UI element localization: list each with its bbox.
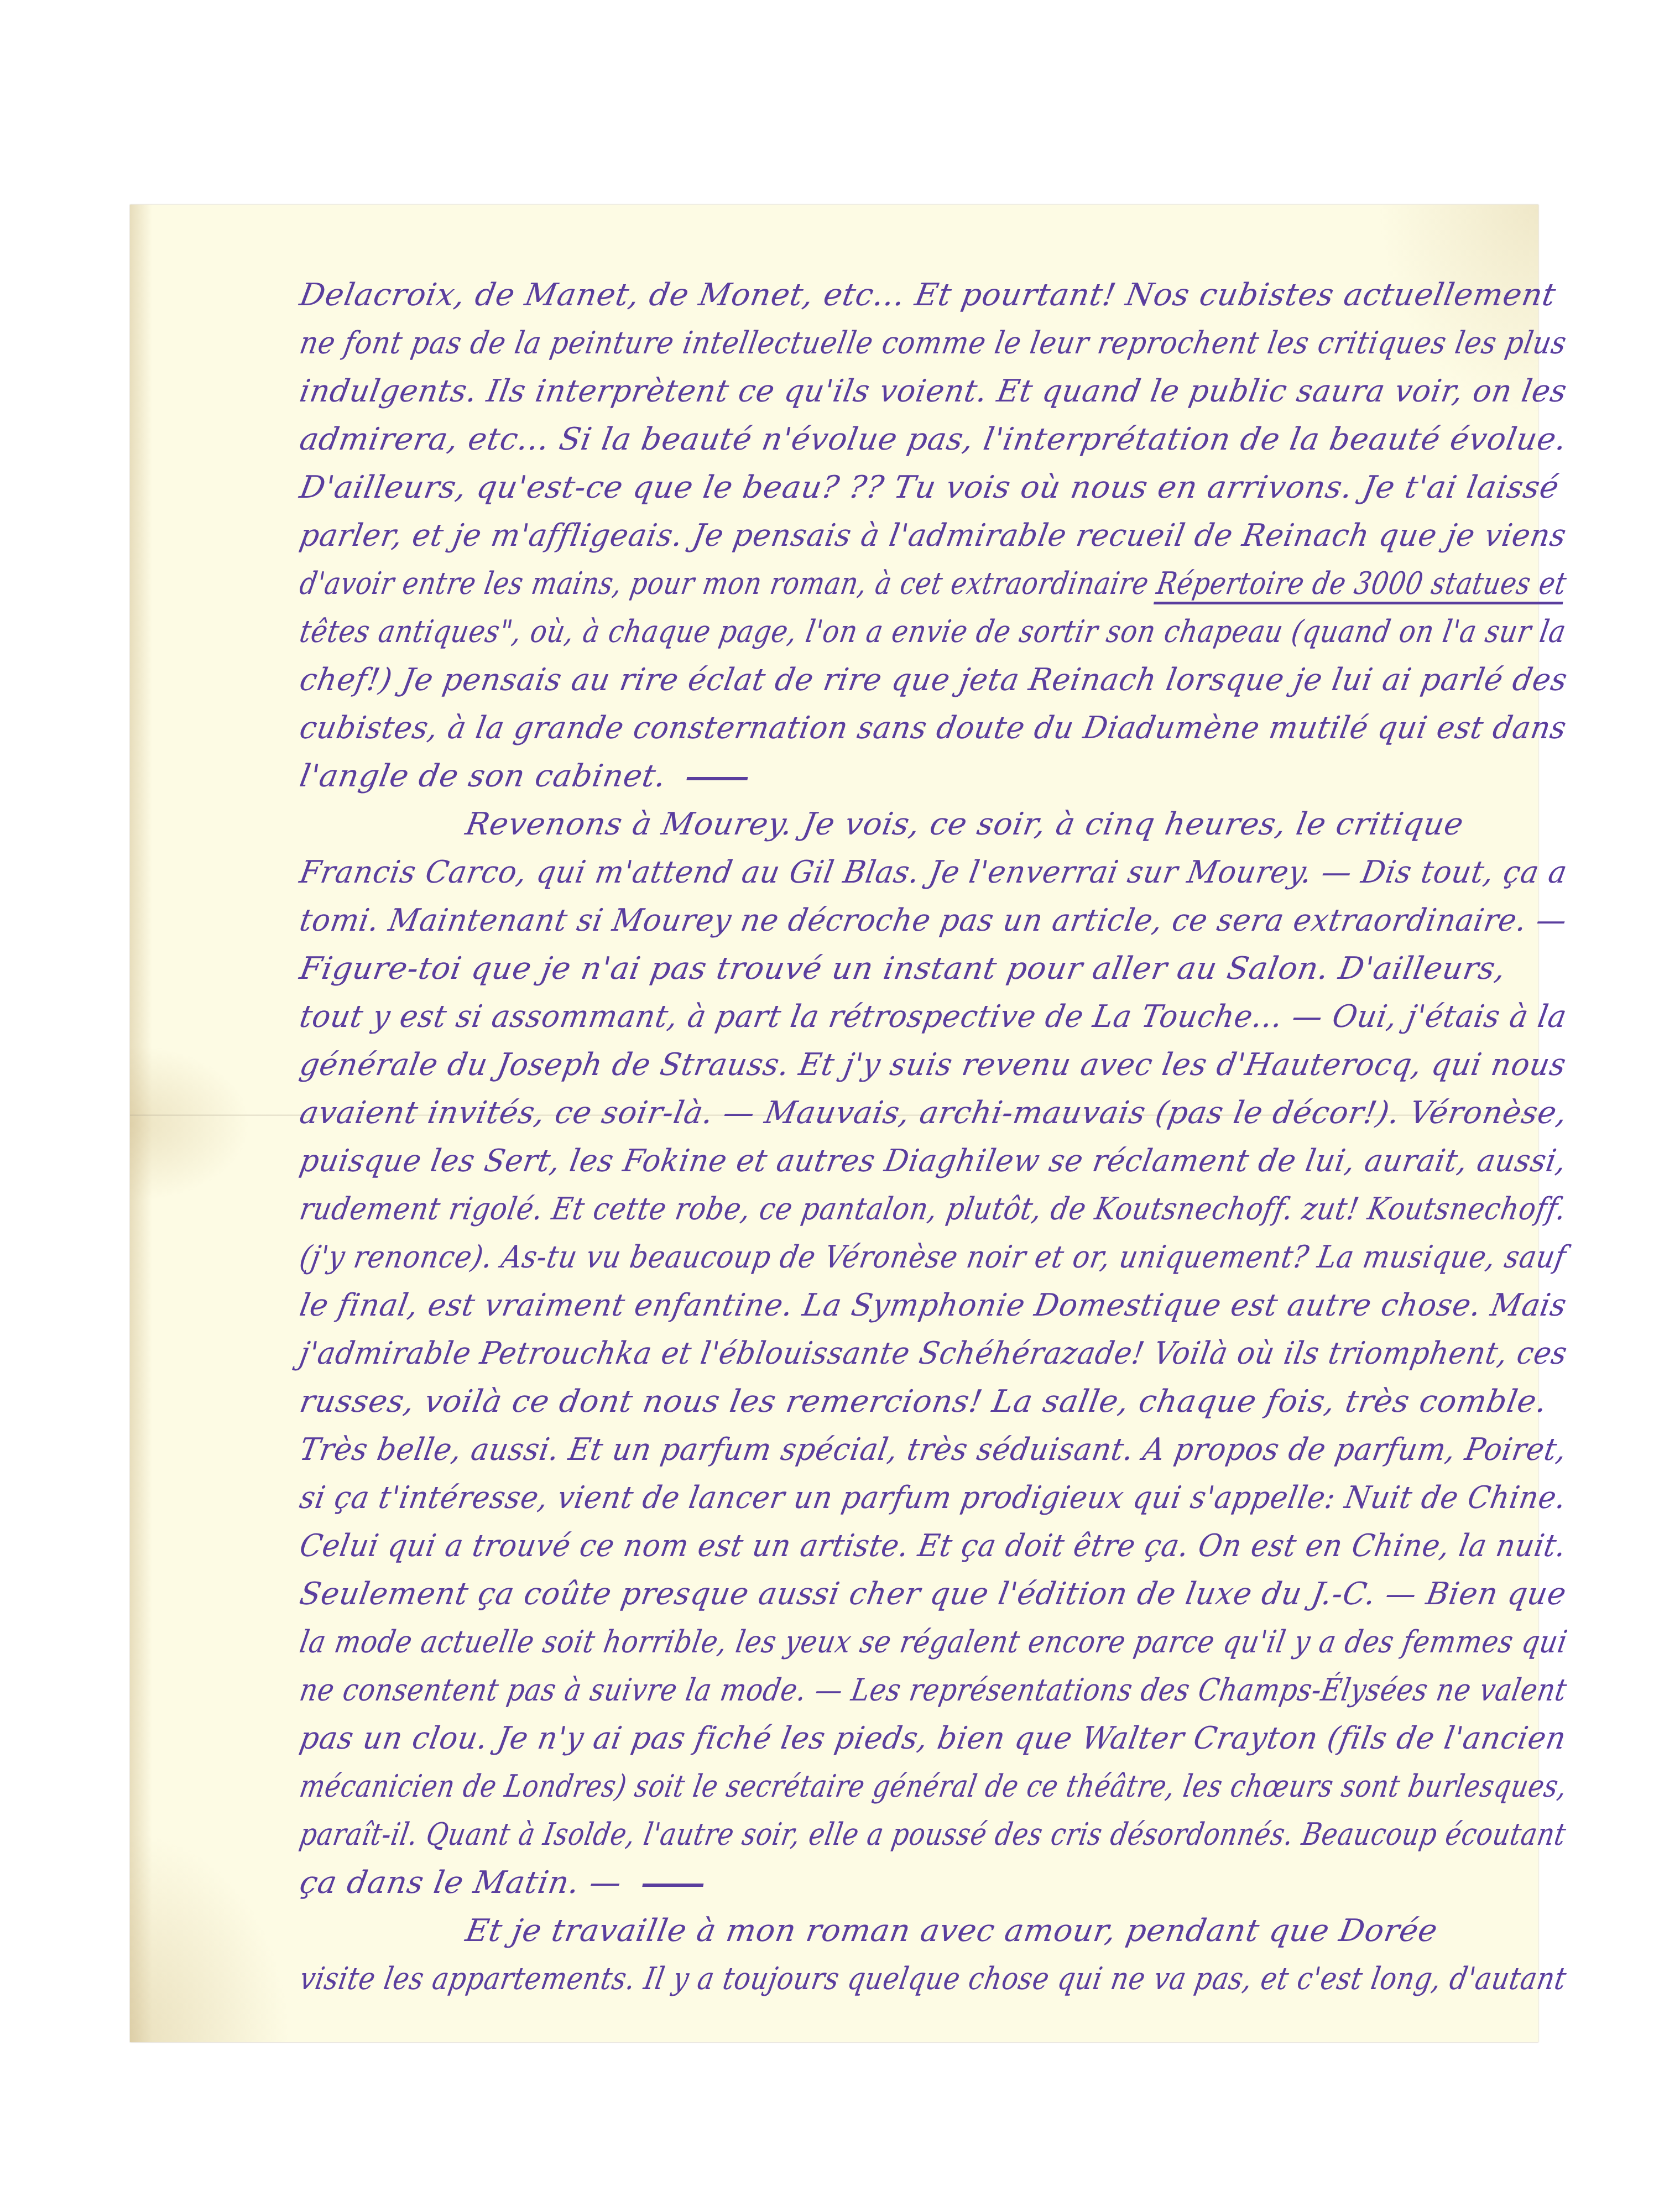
text-line: mécanicien de Londres) soit le secrétair… (296, 1762, 1367, 1811)
text-line: ne font pas de la peinture intellectuell… (296, 319, 1435, 367)
text-line: Delacroix, de Manet, de Monet, etc... Et… (296, 271, 1571, 319)
text-line: si ça t'intéresse, vient de lancer un pa… (296, 1474, 1486, 1522)
text-line: paraît-il. Quant à Isolde, l'autre soir,… (296, 1811, 1373, 1859)
text-line: générale du Joseph de Strauss. Et j'y su… (296, 1041, 1530, 1089)
text-line-body: mécanicien de Londres) soit le secrétair… (297, 1768, 1570, 1804)
text-line: puisque les Sert, les Fokine et autres D… (296, 1137, 1509, 1185)
text-line: ne consentent pas à suivre la mode. — Le… (296, 1666, 1404, 1714)
text-line: D'ailleurs, qu'est-ce que le beau? ?? Tu… (296, 463, 1571, 512)
text-line: rudement rigolé. Et cette robe, ce panta… (296, 1185, 1431, 1233)
letter-page: Delacroix, de Manet, de Monet, etc... Et… (130, 205, 1538, 2042)
text-line-paragraph-start: Revenons à Mourey. Je vois, ce soir, à c… (296, 800, 1571, 848)
text-line: visite les appartements. Il y a toujours… (296, 1955, 1396, 2003)
text-line: ça dans le Matin. — (296, 1859, 1571, 1907)
text-line: l'angle de son cabinet. (296, 752, 1571, 800)
text-line: tout y est si assommant, à part la rétro… (296, 993, 1517, 1041)
handwritten-text-block: Delacroix, de Manet, de Monet, etc... Et… (296, 271, 1562, 2003)
text-line: la mode actuelle soit horrible, les yeux… (296, 1618, 1411, 1666)
text-line: (j'y renonce). As-tu vu beaucoup de Véro… (296, 1233, 1440, 1281)
dash-rule (687, 777, 748, 780)
text-line: indulgents. Ils interprètent ce qu'ils v… (296, 367, 1537, 415)
text-line: russes, voilà ce dont nous les remercion… (296, 1378, 1571, 1426)
text-line: Figure-toi que je n'ai pas trouvé un ins… (296, 945, 1571, 993)
text-line: chef!) Je pensais au rire éclat de rire … (296, 656, 1533, 704)
text-line-end: ça dans le Matin. — (297, 1865, 625, 1901)
text-line-start: d'avoir entre les mains, pour mon roman,… (297, 566, 1151, 602)
text-line: j'admirable Petrouchka et l'éblouissante… (296, 1329, 1486, 1378)
dash-rule (642, 1884, 703, 1887)
text-line: le final, est vraiment enfantine. La Sym… (296, 1281, 1525, 1329)
text-line: Seulement ça coûte presque aussi cher qu… (296, 1570, 1537, 1618)
text-line: d'avoir entre les mains, pour mon roman,… (296, 560, 1372, 608)
text-line: parler, et je m'affligeais. Je pensais à… (296, 512, 1525, 560)
text-line: tomi. Maintenant si Mourey ne décroche p… (296, 896, 1511, 945)
text-line-paragraph-start: Et je travaille à mon roman avec amour, … (296, 1907, 1571, 1955)
text-line: têtes antiques", où, à chaque page, l'on… (296, 608, 1405, 656)
text-line: Très belle, aussi. Et un parfum spécial,… (296, 1426, 1496, 1474)
underlined-title-repertoire: Répertoire de 3000 statues et (1154, 566, 1569, 602)
text-line: Francis Carco, qui m'attend au Gil Blas.… (296, 848, 1510, 896)
text-line: cubistes, à la grande consternation sans… (296, 704, 1515, 752)
text-line: pas un clou. Je n'y ai pas fiché les pie… (296, 1714, 1516, 1762)
text-line: Celui qui a trouvé ce nom est un artiste… (296, 1522, 1481, 1570)
text-line-end: l'angle de son cabinet. (297, 758, 669, 794)
text-line: admirera, etc... Si la beauté n'évolue p… (296, 415, 1566, 463)
text-line: avaient invités, ce soir-là. — Mauvais, … (296, 1089, 1558, 1137)
